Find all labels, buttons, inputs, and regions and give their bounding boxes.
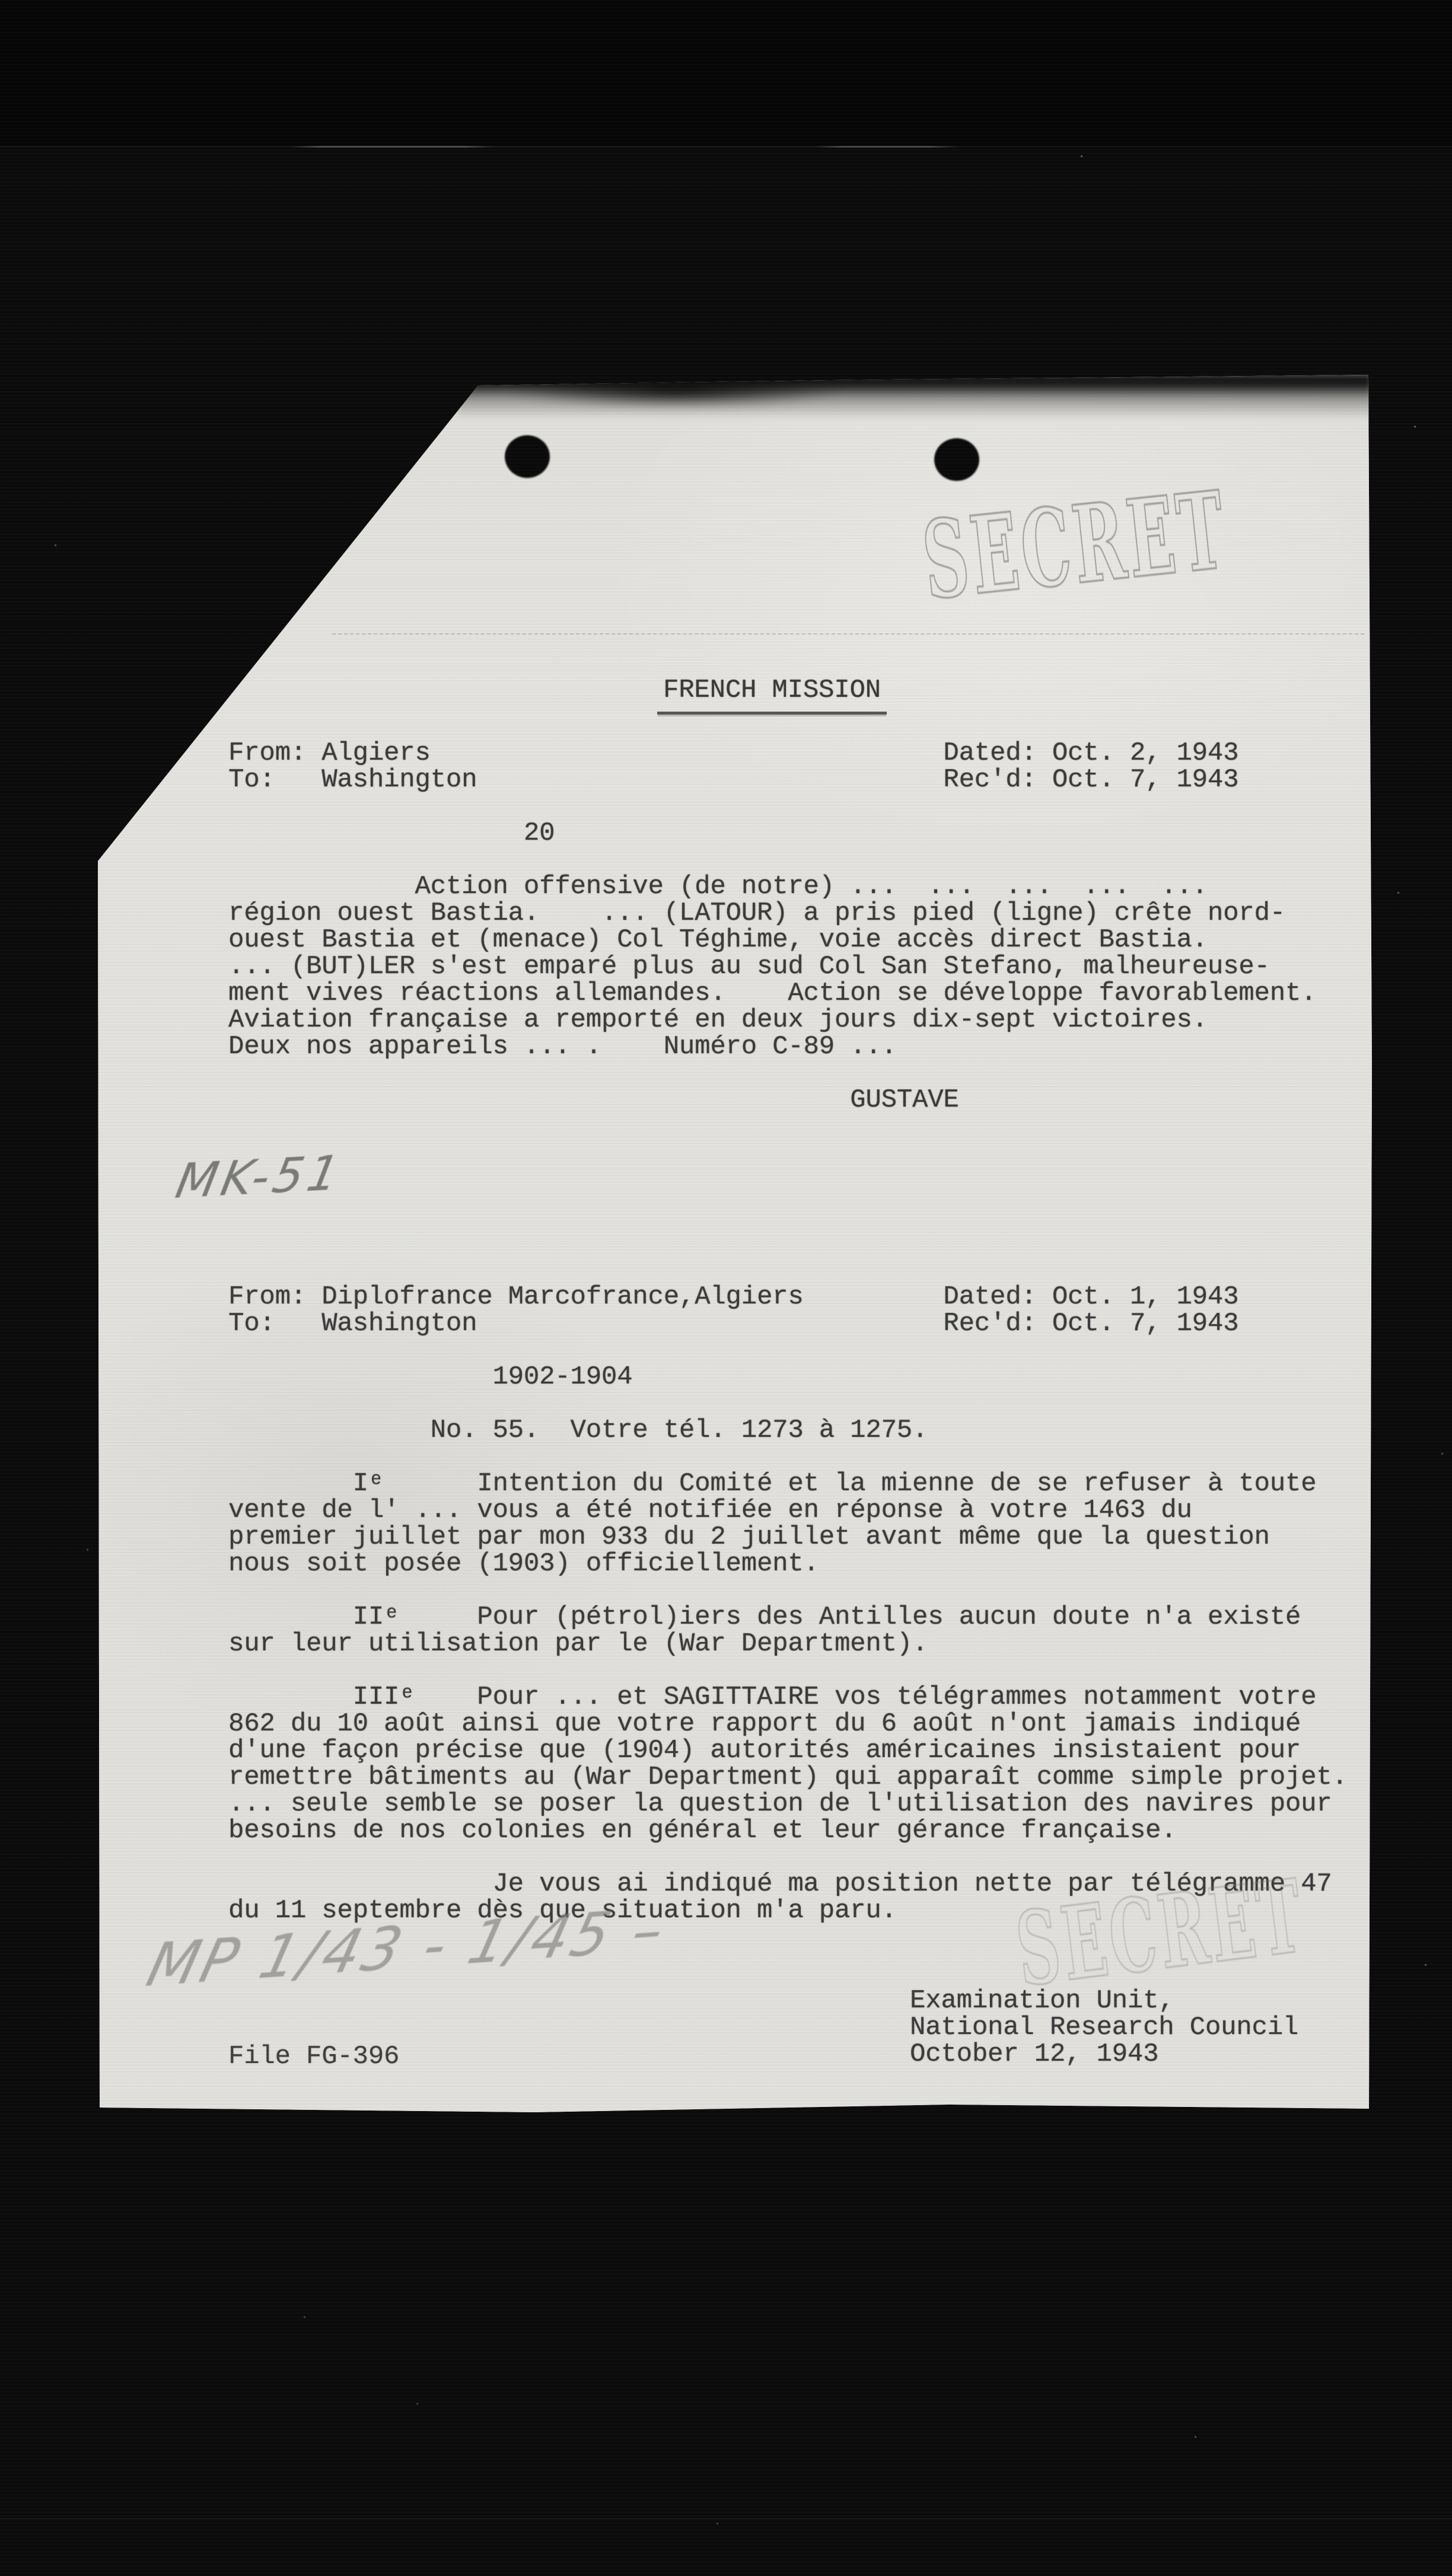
typed-line: ... seule semble se poser la question de… (228, 1791, 1348, 1818)
scanned-document-page: SECRET FRENCH MISSION From: Algiers Date… (0, 0, 1452, 2576)
typed-line: premier juillet par mon 933 du 2 juillet… (228, 1524, 1348, 1551)
typed-line: Aviation française a remporté en deux jo… (228, 1007, 1316, 1034)
typed-line (228, 1577, 1348, 1604)
typed-line: To: Washington Rec'd: Oct. 7, 1943 (228, 1311, 1348, 1337)
dust-specks (0, 0, 2, 2)
typed-line: région ouest Bastia. ... (LATOUR) a pris… (228, 900, 1316, 927)
typed-line: National Research Council (910, 2014, 1298, 2041)
typed-line: ... (BUT)LER s'est emparé plus au sud Co… (228, 954, 1316, 980)
punch-hole-left (505, 435, 550, 478)
typed-line (228, 1391, 1348, 1417)
typed-line: besoins de nos colonies en général et le… (228, 1818, 1348, 1844)
file-reference: File FG-396 (228, 2043, 399, 2070)
scan-dotted-artifact (332, 633, 1364, 635)
typed-line: From: Algiers Dated: Oct. 2, 1943 (228, 740, 1316, 767)
typed-line: ment vives réactions allemandes. Action … (228, 980, 1316, 1007)
typed-line (228, 1060, 1316, 1087)
typed-line: sur leur utilisation par le (War Departm… (228, 1631, 1348, 1657)
handwritten-reference-top: MK-51 (171, 1144, 348, 1209)
typed-line (228, 793, 1316, 820)
typed-line: vente de l' ... vous a été notifiée en r… (228, 1497, 1348, 1524)
typed-line: IIIᵉ Pour ... et SAGITTAIRE vos télégram… (228, 1684, 1348, 1711)
typed-line: Action offensive (de notre) ... ... ... … (228, 873, 1316, 900)
typed-line (228, 1657, 1348, 1684)
paper-top-edge-shadow (510, 374, 842, 408)
secret-stamp-text: SECRET (918, 477, 1232, 615)
typed-line: GUSTAVE (228, 1087, 1316, 1114)
typed-line: Deux nos appareils ... . Numéro C-89 ... (228, 1034, 1316, 1060)
typed-line: Examination Unit, (910, 1988, 1298, 2014)
punch-hole-right (934, 438, 979, 481)
secret-stamp-top: SECRET (918, 454, 1451, 615)
typed-line: IIᵉ Pour (pétrol)iers des Antilles aucun… (228, 1604, 1348, 1631)
typed-line: ouest Bastia et (menace) Col Téghime, vo… (228, 927, 1316, 954)
typed-line: 1902-1904 (228, 1364, 1348, 1391)
scanner-background-band (0, 0, 1452, 148)
typed-line: Iᵉ Intention du Comité et la mienne de s… (228, 1471, 1348, 1497)
typed-line: October 12, 1943 (910, 2041, 1298, 2068)
typed-line (228, 1844, 1348, 1871)
typed-line (228, 1444, 1348, 1471)
typed-line: 862 du 10 août ainsi que votre rapport d… (228, 1711, 1348, 1737)
typed-line: nous soit posée (1903) officiellement. (228, 1551, 1348, 1577)
message-2-typed-text: From: Diplofrance Marcofrance,Algiers Da… (228, 1284, 1348, 1924)
secret-stamp-text: SECRET (1011, 1866, 1310, 2001)
typed-line: d'une façon précise que (1904) autorités… (228, 1737, 1348, 1764)
examination-unit-block: Examination Unit,National Research Counc… (910, 1988, 1298, 2068)
typed-line: No. 55. Votre tél. 1273 à 1275. (228, 1417, 1348, 1444)
typed-line: remettre bâtiments au (War Department) q… (228, 1764, 1348, 1791)
scan-artifact-line (0, 146, 1452, 148)
message-1-typed-text: From: Algiers Dated: Oct. 2, 1943To: Was… (228, 740, 1316, 1114)
typed-line: From: Diplofrance Marcofrance,Algiers Da… (228, 1284, 1348, 1311)
typed-line (228, 1337, 1348, 1364)
page-title: FRENCH MISSION (657, 676, 887, 715)
typed-line: To: Washington Rec'd: Oct. 7, 1943 (228, 767, 1316, 793)
document-paper-sheet: SECRET FRENCH MISSION From: Algiers Date… (0, 0, 1452, 2576)
typed-line (228, 847, 1316, 873)
typed-line: 20 (228, 820, 1316, 847)
scan-artifact-line (0, 2518, 1452, 2519)
